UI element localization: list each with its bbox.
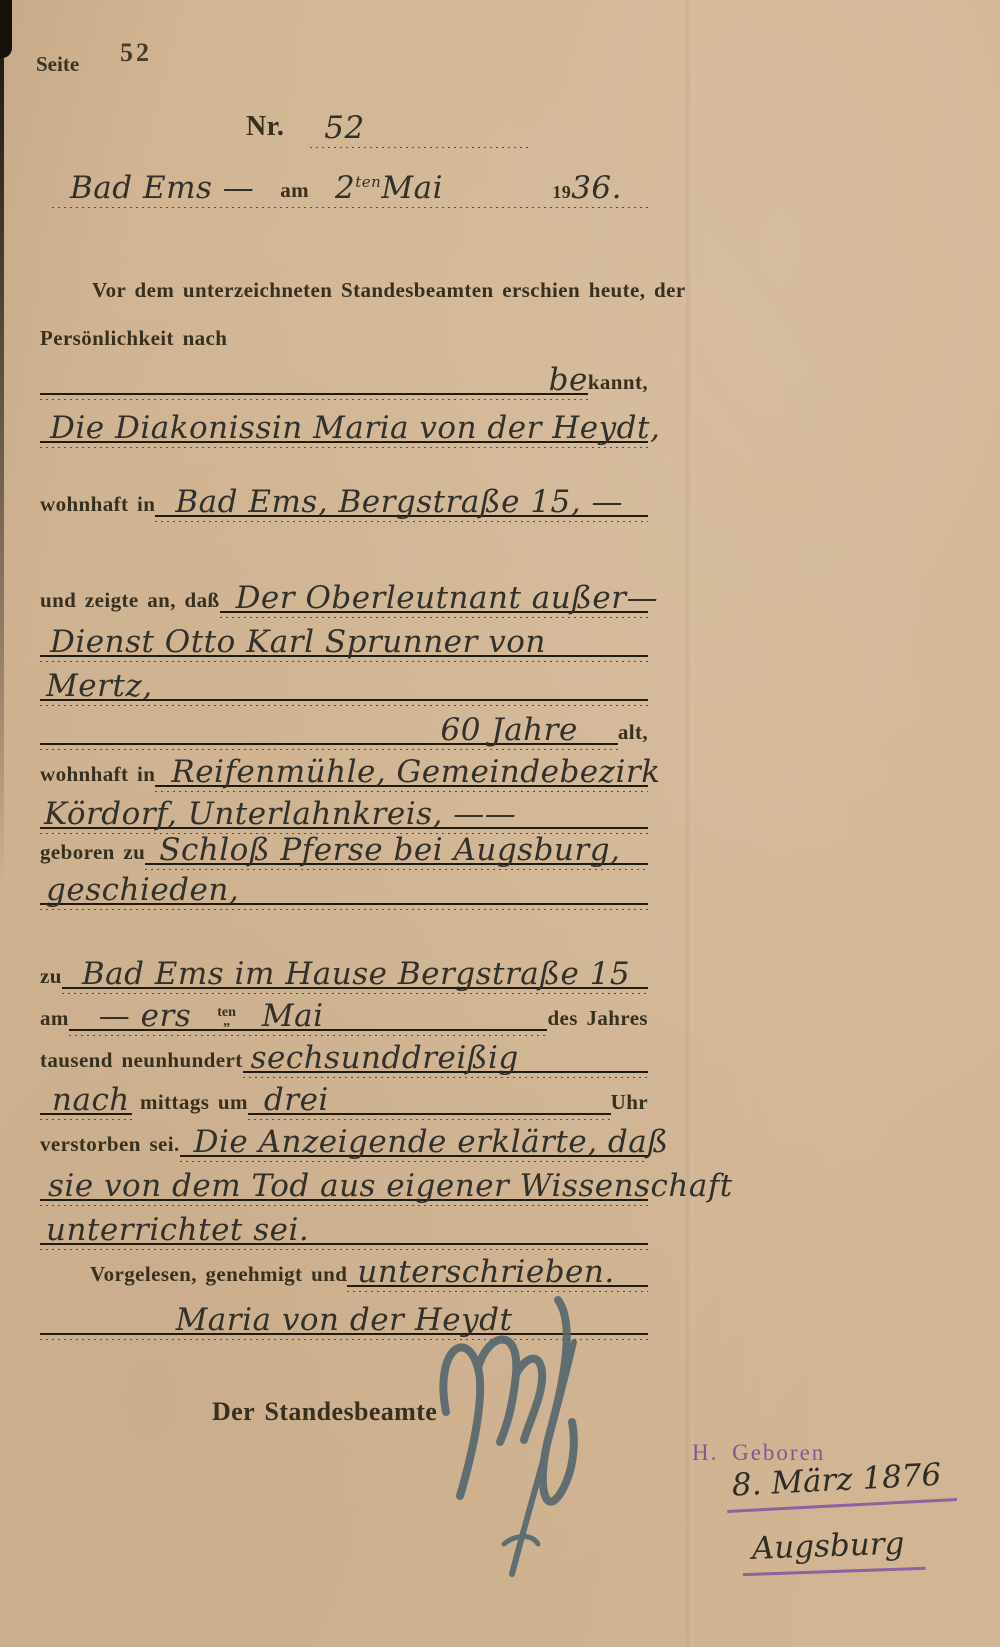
blank-rule-2 (40, 534, 648, 564)
birthplace-line: geboren zu Schloß Pferse bei Augsburg, (40, 826, 648, 870)
death-year-line: tausend neunhundert sechsunddreißig (40, 1034, 648, 1078)
blank-rule-5 (40, 1448, 648, 1478)
nr-row: Nr. 52 (246, 100, 532, 148)
wohnhaft2-label: wohnhaft in (40, 764, 155, 792)
age-line: 60 Jahre alt, (40, 706, 648, 750)
zu-label: zu (40, 966, 62, 994)
deceased-text-3: Mertz, (40, 671, 153, 706)
residence-deceased-1: Reifenmühle, Gemeindebezirk (155, 757, 660, 792)
nr-label: Nr. (246, 113, 284, 148)
seite-label: Seite (36, 52, 79, 77)
statement-text-1: Die Anzeigende erklärte, daß (180, 1127, 669, 1162)
dateline-month: Mai (381, 173, 443, 208)
marital-status: geschieden, (40, 875, 239, 910)
statement-line-1: verstorben sei. Die Anzeigende erklärte,… (40, 1118, 648, 1162)
unterschrieben-value: unterschrieben. (347, 1257, 614, 1292)
uhr-label: Uhr (611, 1092, 648, 1120)
dateline-place: Bad Ems — (52, 173, 254, 208)
death-month: Mai (262, 1001, 324, 1036)
scan-edge-left (0, 0, 4, 885)
death-register-scan: Seite 52 Nr. 52 Bad Ems — am 2 ten Mai 1… (0, 0, 1000, 1647)
birthplace-value: Schloß Pferse bei Augsburg, (145, 835, 620, 870)
age-value: 60 Jahre (440, 715, 577, 750)
deceased-text-1: Der Oberleutnant außer— (220, 583, 659, 618)
mittags-label: mittags um (132, 1092, 248, 1120)
residence-declarant-line: wohnhaft in Bad Ems, Bergstraße 15, — (40, 478, 648, 522)
am2-label: am (40, 1008, 69, 1036)
blank-rule-1 (40, 440, 648, 470)
vorgelesen-label: Vorgelesen, genehmigt und (90, 1264, 347, 1292)
time-hour: drei (248, 1085, 329, 1120)
death-time-line: nach mittags um drei Uhr (40, 1076, 648, 1120)
statement-line-2: sie von dem Tod aus eigener Wissenschaft (40, 1162, 648, 1206)
paper-fold (686, 0, 694, 1647)
time-period: nach (40, 1085, 130, 1120)
report-line-1: und zeigte an, daß Der Oberleutnant auße… (40, 574, 648, 618)
dateline-day-suffix: ten (355, 175, 381, 208)
intro-text-1: Vor dem unterzeichneten Standesbeamten e… (92, 280, 686, 308)
death-day: — ers (69, 1001, 191, 1036)
dateline-day: 2 (335, 173, 355, 208)
death-place-line: zu Bad Ems im Hause Bergstraße 15 (40, 946, 648, 994)
blank-rule-4 (40, 1342, 648, 1372)
blank-rule-3 (40, 912, 648, 942)
statement-text-2: sie von dem Tod aus eigener Wissenschaft (40, 1171, 733, 1206)
bekannt-line: be kannt, (40, 358, 648, 400)
death-place-value: Bad Ems im Hause Bergstraße 15 (62, 959, 630, 994)
nr-value: 52 (310, 113, 364, 148)
verstorben-label: verstorben sei. (40, 1134, 180, 1162)
ten-ordinal: ten„ (217, 1008, 236, 1036)
closing-line: Vorgelesen, genehmigt und unterschrieben… (90, 1248, 648, 1292)
kannt-label: kannt, (588, 372, 648, 400)
standesbeamte-label: Der Standesbeamte (212, 1399, 437, 1432)
stamp-geboren-label: H. Geboren (692, 1440, 825, 1466)
declarant-signature: Maria von der Heydt (176, 1305, 513, 1340)
residence-declarant: Bad Ems, Bergstraße 15, — (155, 487, 623, 522)
geboren-label: geboren zu (40, 842, 145, 870)
scan-edge-corner (0, 0, 12, 58)
statement-text-3: unterrichtet sei. (40, 1215, 309, 1250)
am-label: am (280, 180, 309, 208)
report-line-3: Mertz, (40, 662, 648, 706)
marital-line: geschieden, (40, 868, 648, 910)
zeigte-label: und zeigte an, daß (40, 590, 220, 618)
dateline-year: 36. (571, 173, 622, 208)
year-printed: 19 (552, 183, 571, 208)
des-jahres-label: des Jahres (547, 1008, 648, 1036)
intro-line-2: Persönlichkeit nach (40, 316, 648, 356)
residence-deceased-line-1: wohnhaft in Reifenmühle, Gemeindebezirk (40, 748, 648, 792)
statement-line-3: unterrichtet sei. (40, 1206, 648, 1250)
page-number: 52 (120, 38, 152, 68)
tausend-label: tausend neunhundert (40, 1050, 243, 1078)
death-date-line: am — ers ten„ Mai des Jahres (40, 992, 648, 1036)
be-handwritten: be (549, 365, 588, 400)
death-year-words: sechsunddreißig (243, 1043, 519, 1078)
blank-rule-6 (40, 1494, 648, 1524)
alt-label: alt, (618, 722, 648, 750)
wohnhaft1-label: wohnhaft in (40, 494, 155, 522)
dateline-row: Bad Ems — am 2 ten Mai 19 36. (52, 152, 648, 208)
deceased-text-2: Dienst Otto Karl Sprunner von (40, 627, 546, 662)
declarant-signature-line: Maria von der Heydt (40, 1292, 648, 1340)
intro-line-1: Vor dem unterzeichneten Standesbeamten e… (92, 272, 652, 308)
stamp-birth-place: Augsburg (741, 1525, 925, 1576)
registrar-title: Der Standesbeamte (212, 1392, 512, 1432)
persoenlichkeit-label: Persönlichkeit nach (40, 328, 227, 356)
report-line-2: Dienst Otto Karl Sprunner von (40, 618, 648, 662)
